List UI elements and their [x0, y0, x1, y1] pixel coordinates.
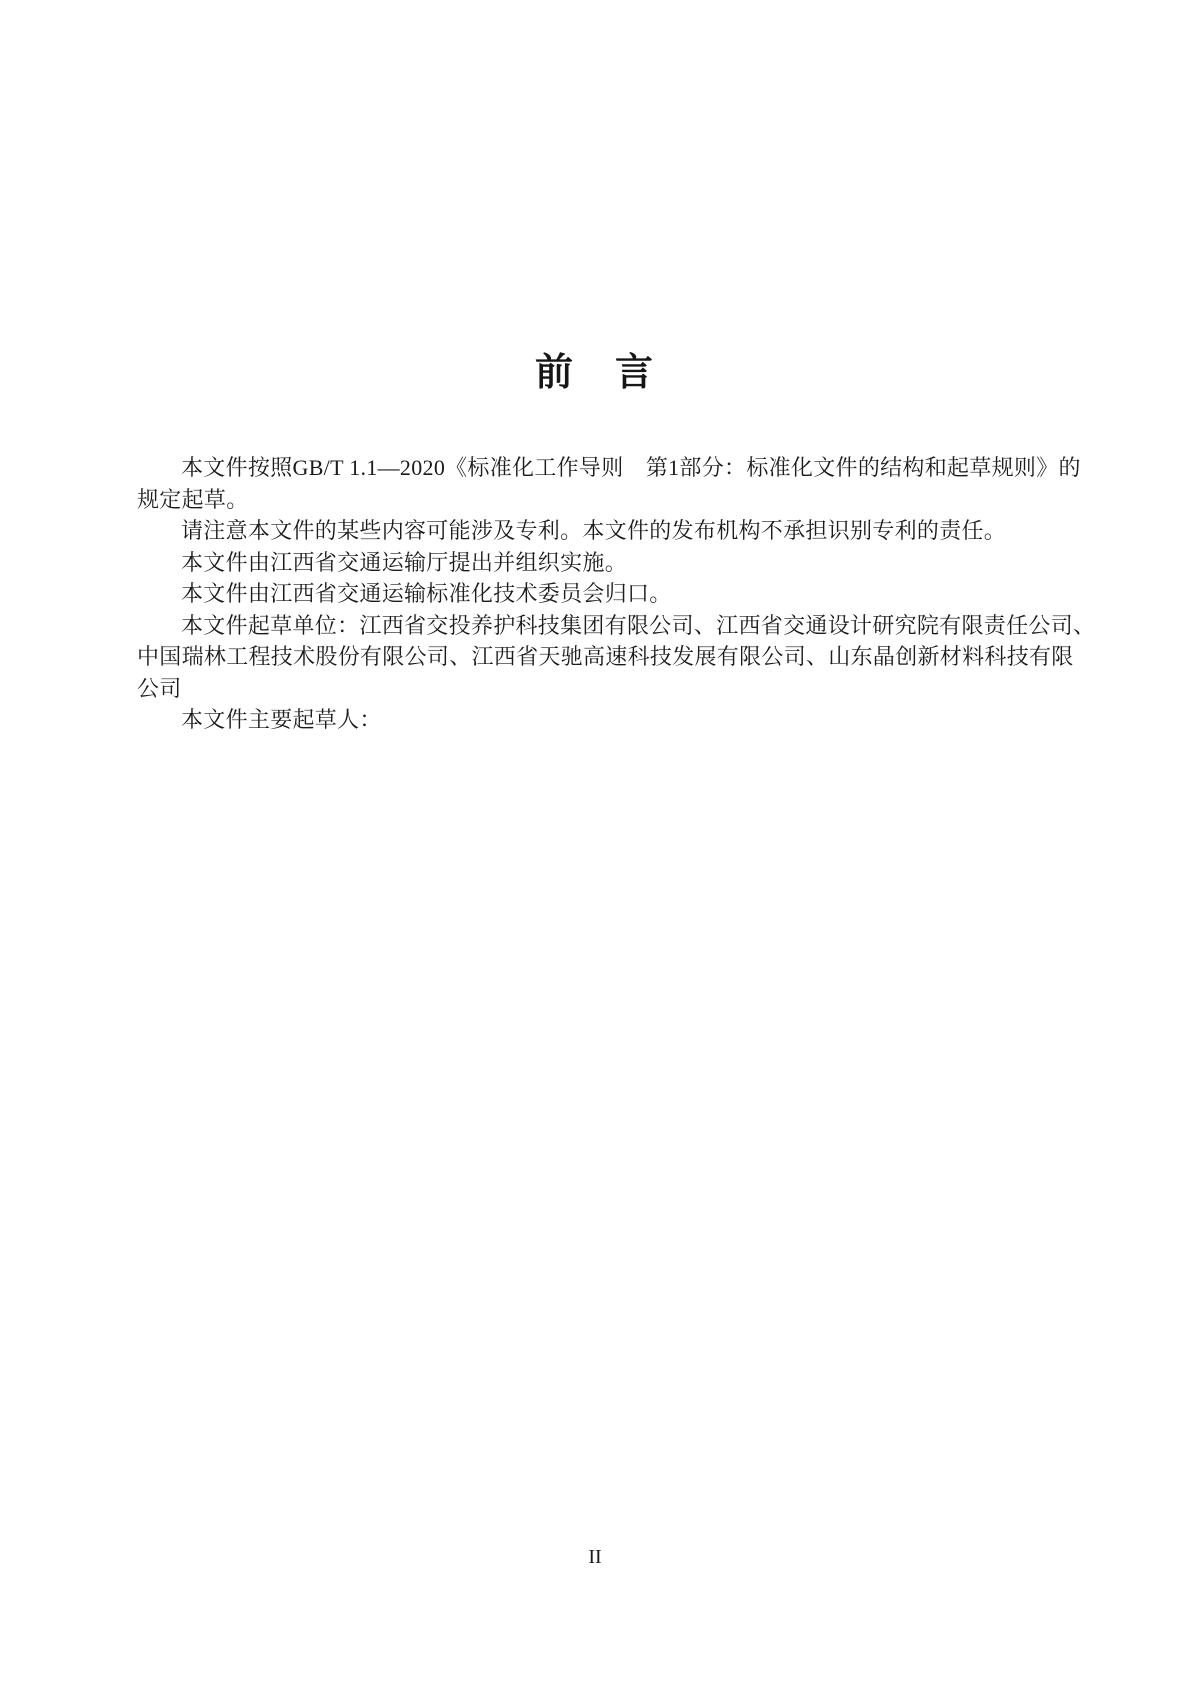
text-line: 规定起草。: [137, 484, 1079, 516]
text-line: 本文件主要起草人：: [137, 704, 1079, 736]
text-line: 本文件由江西省交通运输标准化技术委员会归口。: [137, 578, 1079, 610]
text-line: 请注意本文件的某些内容可能涉及专利。本文件的发布机构不承担识别专利的责任。: [137, 515, 1079, 547]
document-body: 本文件按照GB/T 1.1—2020《标准化工作导则 第1部分：标准化文件的结构…: [137, 452, 1079, 736]
document-page: 前 言 本文件按照GB/T 1.1—2020《标准化工作导则 第1部分：标准化文…: [0, 0, 1190, 1683]
page-number: II: [0, 1546, 1190, 1569]
document-title: 前 言: [0, 341, 1190, 396]
text-line: 公司: [137, 673, 1079, 705]
text-line: 中国瑞林工程技术股份有限公司、江西省天驰高速科技发展有限公司、山东晶创新材料科技…: [137, 641, 1079, 673]
text-line: 本文件由江西省交通运输厅提出并组织实施。: [137, 547, 1079, 579]
text-line: 本文件按照GB/T 1.1—2020《标准化工作导则 第1部分：标准化文件的结构…: [137, 452, 1079, 484]
text-line: 本文件起草单位：江西省交投养护科技集团有限公司、江西省交通设计研究院有限责任公司…: [137, 610, 1079, 642]
